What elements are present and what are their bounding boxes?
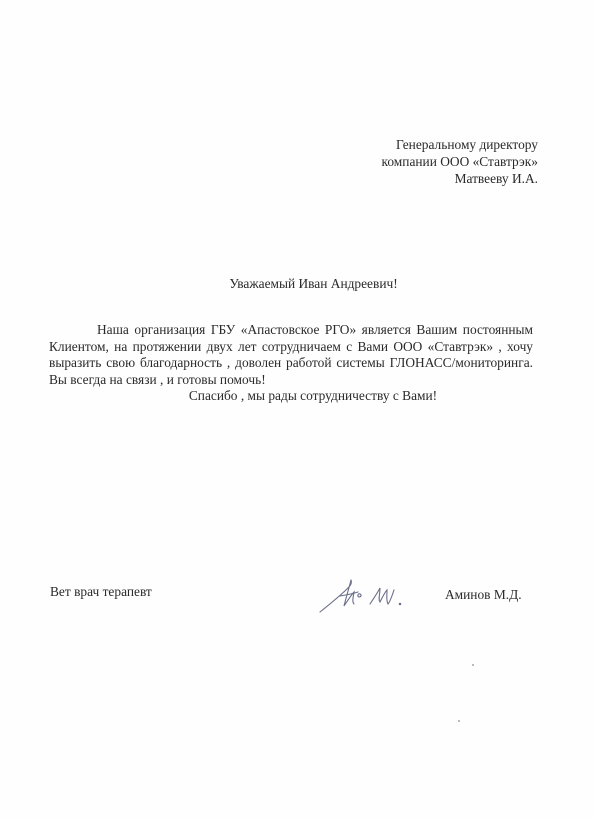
addressee-line-name: Матвееву И.А. bbox=[382, 170, 538, 187]
scan-speck bbox=[458, 720, 460, 722]
signer-position: Вет врач терапевт bbox=[50, 584, 152, 600]
letter-page: Генеральному директору компании ООО «Ста… bbox=[0, 0, 595, 818]
addressee-line-title: Генеральному директору bbox=[382, 136, 538, 153]
signature-icon bbox=[318, 574, 410, 618]
scan-speck bbox=[472, 664, 474, 666]
addressee-block: Генеральному директору компании ООО «Ста… bbox=[382, 136, 538, 187]
salutation: Уважаемый Иван Андреевич! bbox=[0, 276, 595, 292]
body-paragraph-thanks: Спасибо , мы рады сотрудничеству с Вами! bbox=[49, 388, 533, 405]
signer-name: Аминов М.Д. bbox=[445, 587, 522, 603]
letter-body: Наша организация ГБУ «Апастовское РГО» я… bbox=[49, 322, 533, 405]
addressee-line-company: компании ООО «Ставтрэк» bbox=[382, 153, 538, 170]
body-paragraph-main: Наша организация ГБУ «Апастовское РГО» я… bbox=[49, 322, 533, 388]
